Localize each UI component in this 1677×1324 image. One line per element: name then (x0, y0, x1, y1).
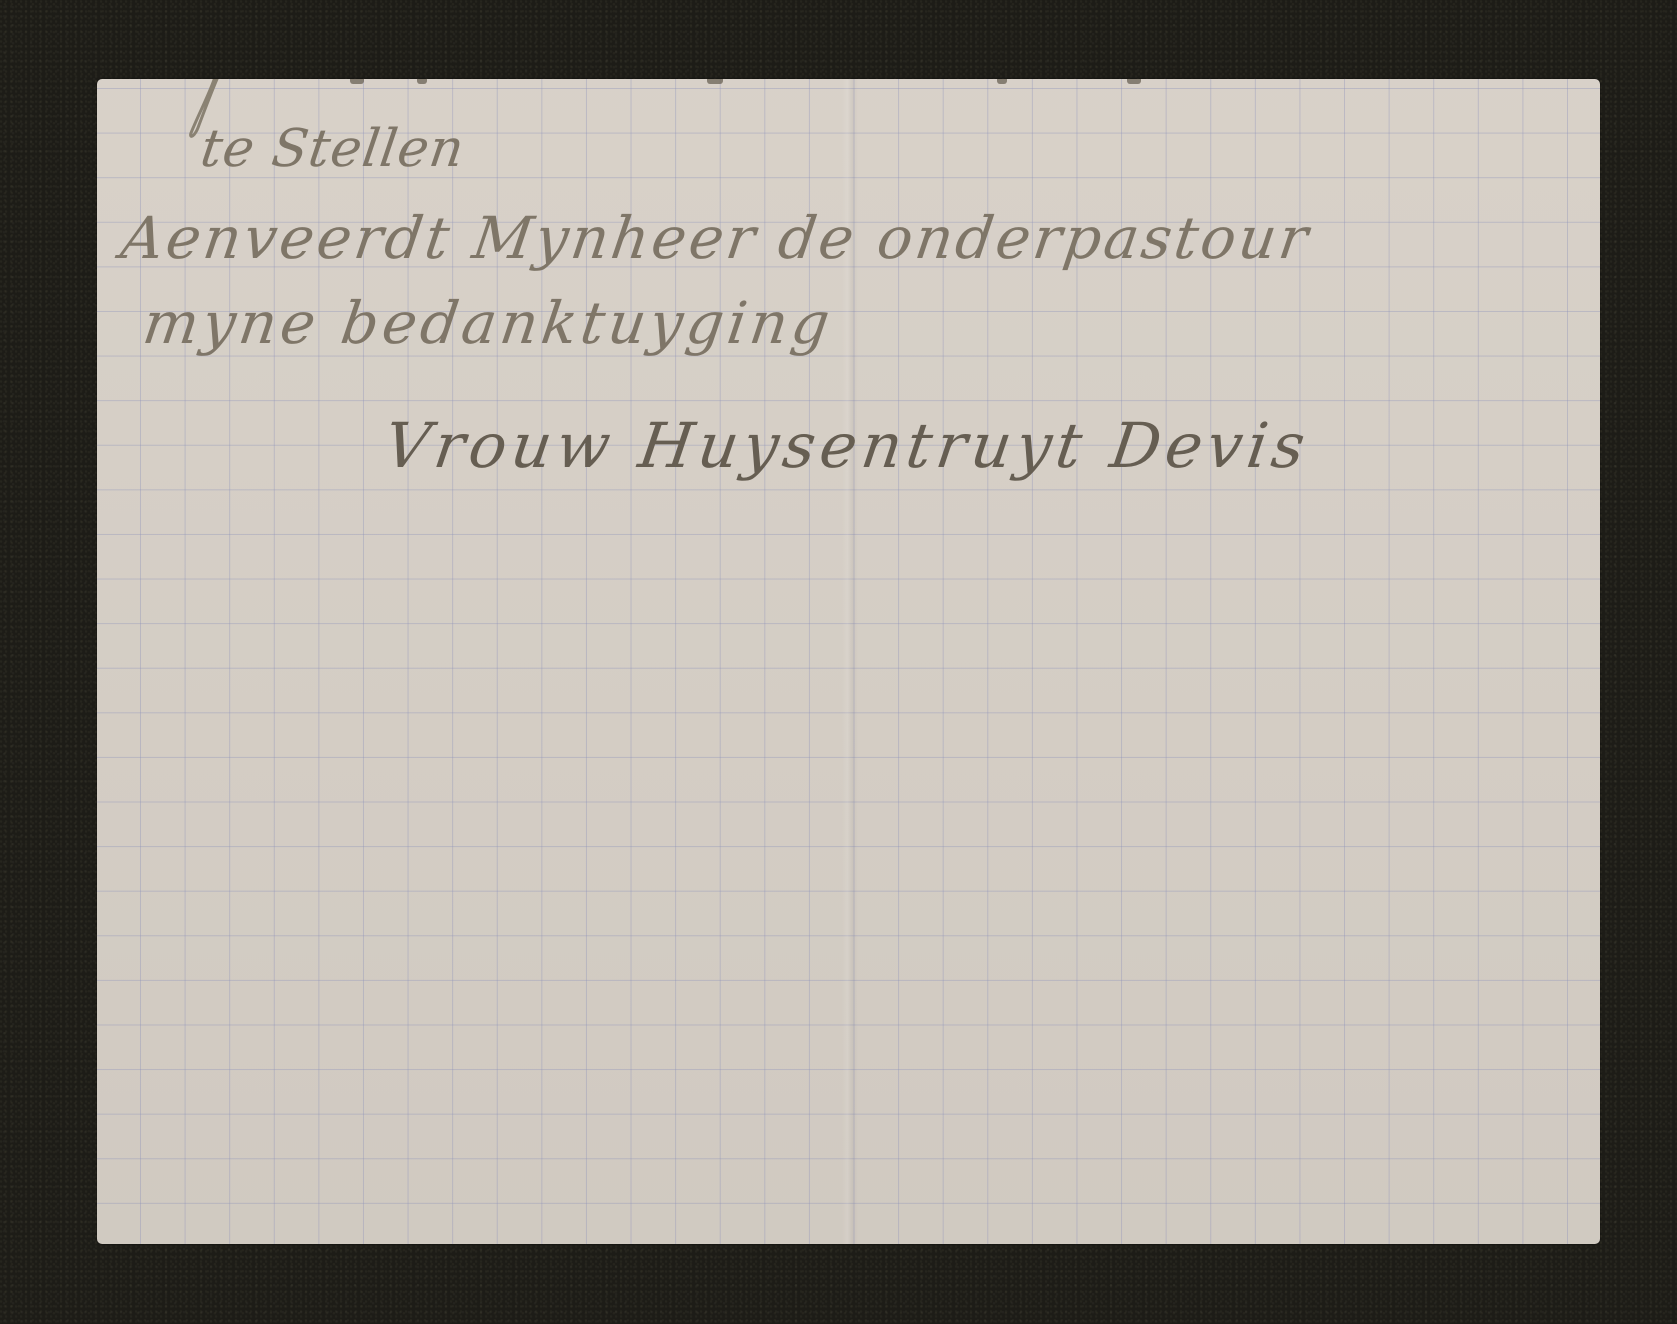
line-text: myne bedanktuyging (139, 289, 838, 357)
line-bedanktuyging: myne bedanktuyging (139, 289, 838, 357)
signature: Vrouw Huysentruyt Devis (380, 409, 1314, 482)
handwritten-note-paper: te Stellen Aenveerdt Mynheer de onderpas… (97, 79, 1600, 1244)
line-text: te Stellen (197, 119, 468, 179)
line-aenveerdt: Aenveerdt Mynheer de onderpastour (117, 204, 1315, 272)
line-text: Aenveerdt Mynheer de onderpastour (117, 204, 1315, 272)
line-te-stellen: te Stellen (197, 119, 468, 179)
cut-off-ink-remnants (97, 79, 1600, 87)
signature-text: Vrouw Huysentruyt Devis (380, 409, 1314, 482)
